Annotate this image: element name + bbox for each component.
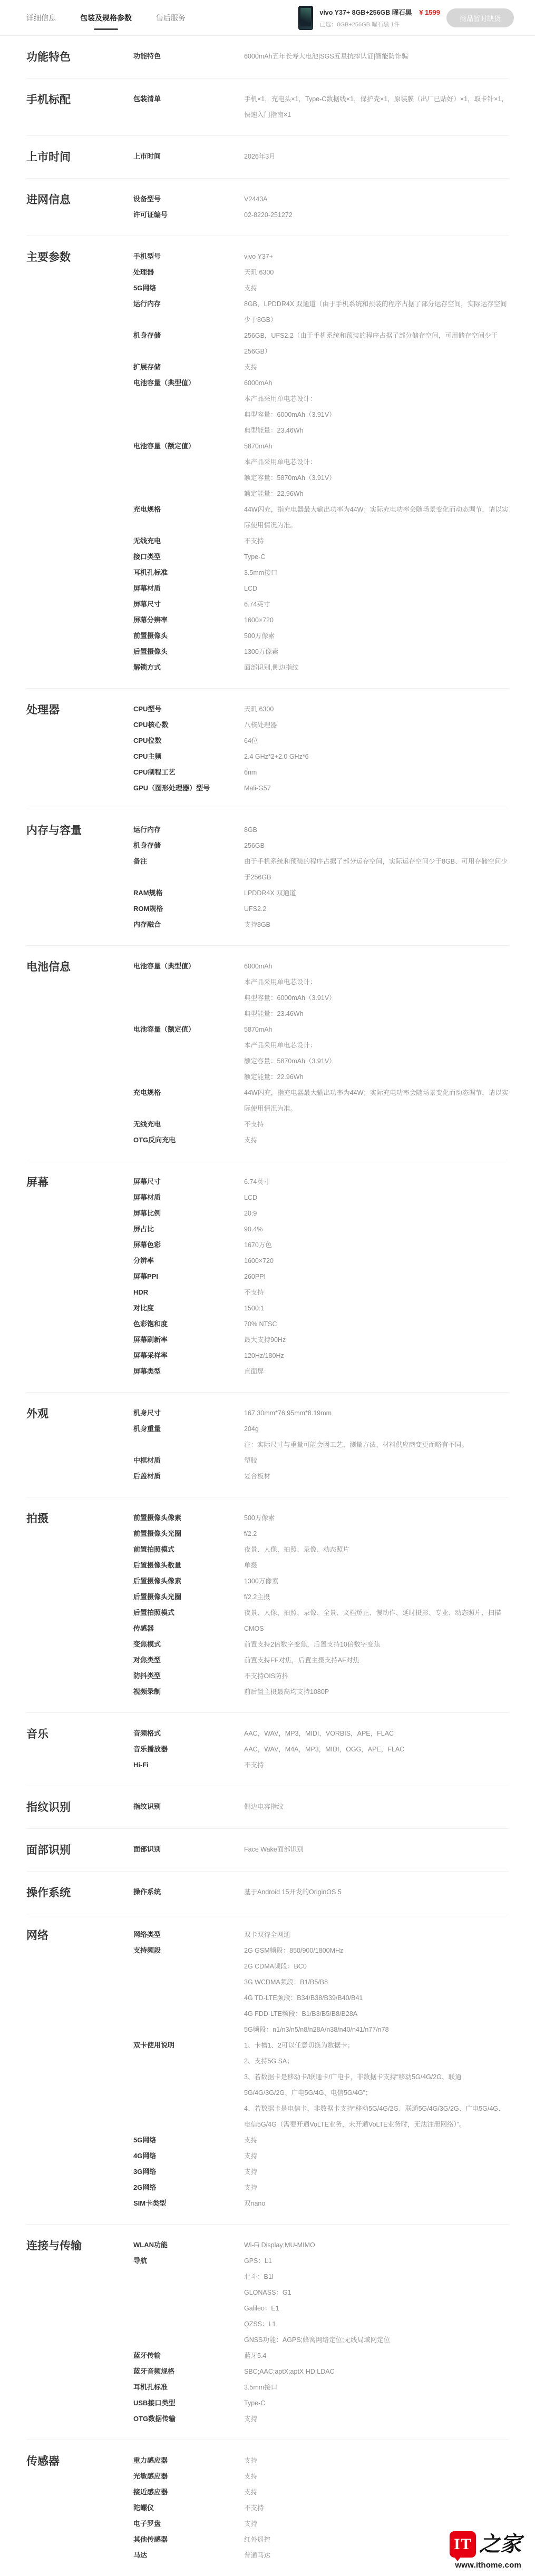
spec-value-line: AAC，WAV，MP3，MIDI，VORBIS，APE，FLAC: [244, 1726, 509, 1741]
spec-value: 02-8220-251272: [244, 207, 509, 223]
spec-value: 支持: [244, 2411, 509, 2427]
spec-value: 复合板材: [244, 1468, 509, 1484]
spec-label: 运行内存: [133, 822, 244, 838]
spec-label: 4G网络: [133, 2148, 244, 2164]
spec-value: 最大支持90Hz: [244, 1332, 509, 1348]
section-rows: 机身尺寸167.30mm*76.95mm*8.19mm机身重量204g注：实际尺…: [133, 1405, 509, 1484]
spec-value-line: 3.5mm接口: [244, 565, 509, 581]
spec-value: UFS2.2: [244, 901, 509, 917]
section-title: 上市时间: [26, 149, 133, 165]
spec-value-line: 5870mAh: [244, 1022, 509, 1037]
spec-label: SIM卡类型: [133, 2196, 244, 2211]
spec-section: 屏幕屏幕尺寸6.74英寸屏幕材质LCD屏幕比例20:9屏占比90.4%屏幕色彩1…: [26, 1161, 509, 1392]
spec-value: 5870mAh本产品采用单电芯设计：额定容量：5870mAh（3.91V）额定能…: [244, 1022, 509, 1085]
spec-value: LCD: [244, 1190, 509, 1206]
spec-value-line: 塑胶: [244, 1453, 509, 1468]
spec-row: 屏幕类型直面屏: [133, 1364, 509, 1379]
spec-value-line: 120Hz/180Hz: [244, 1348, 509, 1364]
spec-value: GPS：L1北斗：B1IGLONASS：G1Galileo：E1QZSS：L1G…: [244, 2253, 509, 2348]
spec-row: 设备型号V2443A: [133, 191, 509, 207]
spec-value: 1300万像素: [244, 644, 509, 660]
spec-value-line: AAC，WAV，M4A，MP3，MIDI，OGG，APE，FLAC: [244, 1741, 509, 1757]
spec-value-line: 额定容量：5870mAh（3.91V）: [244, 1053, 509, 1069]
section-rows: 设备型号V2443A许可证编号02-8220-251272: [133, 191, 509, 223]
spec-value-line: 不支持: [244, 533, 509, 549]
spec-value: LCD: [244, 581, 509, 596]
spec-value: 6000mAh本产品采用单电芯设计：典型容量：6000mAh（3.91V）典型能…: [244, 958, 509, 1022]
spec-section: 传感器重力感应器支持光敏感应器支持接近感应器支持陀螺仪不支持电子罗盘支持其他传感…: [26, 2440, 509, 2576]
spec-label: 传感器: [133, 1621, 244, 1637]
spec-label: 充电规格: [133, 1085, 244, 1116]
spec-label: ROM规格: [133, 901, 244, 917]
spec-value-line: 不支持: [244, 1285, 509, 1300]
spec-value-line: 1300万像素: [244, 1573, 509, 1589]
spec-row: 后盖材质复合板材: [133, 1468, 509, 1484]
spec-value: Wi-Fi Display;MU-MIMO: [244, 2237, 509, 2253]
spec-label: CPU型号: [133, 701, 244, 717]
spec-label: 机身尺寸: [133, 1405, 244, 1421]
spec-row: CPU位数64位: [133, 733, 509, 749]
spec-value: 44W闪充，指充电器最大输出功率为44W；实际充电功率会随场景变化而动态调节，请…: [244, 1085, 509, 1116]
spec-row: 屏幕材质LCD: [133, 1190, 509, 1206]
section-rows: 前置摄像头像素500万像素前置摄像头光圈f/2.2前置拍照模式夜景、人像、拍照、…: [133, 1510, 509, 1700]
section-rows: WLAN功能Wi-Fi Display;MU-MIMO导航GPS：L1北斗：B1…: [133, 2237, 509, 2427]
spec-label: OTG数据传输: [133, 2411, 244, 2427]
spec-label: 前置摄像头像素: [133, 1510, 244, 1526]
spec-row: 机身存储256GB: [133, 838, 509, 854]
spec-value-line: 6nm: [244, 765, 509, 780]
spec-label: 重力感应器: [133, 2453, 244, 2469]
spec-value: 支持: [244, 2180, 509, 2196]
section-title: 外观: [26, 1405, 133, 1484]
spec-value-line: 8GB: [244, 822, 509, 838]
spec-row: 屏幕分辨率1600×720: [133, 612, 509, 628]
spec-label: 蓝牙传输: [133, 2348, 244, 2364]
spec-label: 包装清单: [133, 91, 244, 123]
tab-bar: 详细信息 包装及规格参数 售后服务: [26, 0, 186, 35]
spec-value: 6.74英寸: [244, 596, 509, 612]
spec-row: 音频格式AAC，WAV，MP3，MIDI，VORBIS，APE，FLAC: [133, 1726, 509, 1741]
spec-value: 前置支持2倍数字变焦，后置支持10倍数字变焦: [244, 1637, 509, 1652]
spec-label: 无线充电: [133, 1116, 244, 1132]
spec-label: USB接口类型: [133, 2395, 244, 2411]
spec-value: f/2.2主摄: [244, 1589, 509, 1605]
spec-value-line: 2.4 GHz*2+2.0 GHz*6: [244, 749, 509, 765]
spec-row: 4G网络支持: [133, 2148, 509, 2164]
spec-label: 后置摄像头像素: [133, 1573, 244, 1589]
spec-value-line: 1500:1: [244, 1300, 509, 1316]
spec-value: 2026年3月: [244, 149, 509, 164]
spec-label: 屏幕比例: [133, 1206, 244, 1221]
spec-label: 备注: [133, 854, 244, 885]
spec-label: CPU位数: [133, 733, 244, 749]
section-title: 屏幕: [26, 1174, 133, 1379]
spec-value-line: 4G TD-LTE频段：B34/B38/B39/B40/B41: [244, 1990, 509, 2006]
spec-label: 音频格式: [133, 1726, 244, 1741]
spec-value: 单摄: [244, 1558, 509, 1573]
spec-value: 70% NTSC: [244, 1316, 509, 1332]
section-title: 指纹识别: [26, 1799, 133, 1816]
spec-label: 屏幕刷新率: [133, 1332, 244, 1348]
spec-row: RAM规格LPDDR4X 双通道: [133, 885, 509, 901]
spec-value: 由于手机系统和预装的程序占据了部分运存空间，实际运存空间少于8GB、可用存储空间…: [244, 854, 509, 885]
spec-value: 夜景、人像、拍照、录像、全景、文档矫正、慢动作、延时摄影、专业、动态照片、扫描: [244, 1605, 509, 1621]
spec-value-line: 支持: [244, 280, 509, 296]
spec-section: 拍摄前置摄像头像素500万像素前置摄像头光圈f/2.2前置拍照模式夜景、人像、拍…: [26, 1497, 509, 1712]
spec-section: 网络网络类型双卡双待全网通支持频段2G GSM频段：850/900/1800MH…: [26, 1914, 509, 2224]
spec-value-line: 167.30mm*76.95mm*8.19mm: [244, 1405, 509, 1421]
spec-section: 进网信息设备型号V2443A许可证编号02-8220-251272: [26, 178, 509, 236]
section-rows: 电池容量（典型值）6000mAh本产品采用单电芯设计：典型容量：6000mAh（…: [133, 958, 509, 1148]
spec-label: 电池容量（典型值）: [133, 375, 244, 438]
spec-value-line: f/2.2: [244, 1526, 509, 1542]
section-rows: 面部识别Face Wake面部识别: [133, 1842, 509, 1858]
spec-row: 机身存储256GB，UFS2.2（由于手机系统和预装的程序占据了部分储存空间，可…: [133, 328, 509, 359]
spec-value: 天玑 6300: [244, 265, 509, 280]
spec-row: 接口类型Type-C: [133, 549, 509, 565]
spec-row: 接近感应器支持: [133, 2484, 509, 2500]
spec-value-line: 2G CDMA频段：BC0: [244, 1958, 509, 1974]
spec-row: 屏占比90.4%: [133, 1221, 509, 1237]
spec-value-line: 夜景、人像、拍照、录像、全景、文档矫正、慢动作、延时摄影、专业、动态照片、扫描: [244, 1605, 509, 1621]
spec-row: 处理器天玑 6300: [133, 265, 509, 280]
spec-row: 运行内存8GB: [133, 822, 509, 838]
spec-value-line: SBC;AAC;aptX;aptX HD;LDAC: [244, 2364, 509, 2379]
out-of-stock-button[interactable]: 商品暂时缺货: [446, 8, 514, 27]
spec-row: 耳机孔标准3.5mm接口: [133, 565, 509, 581]
spec-value-line: 双卡双待全网通: [244, 1927, 509, 1943]
spec-row: 音乐播放器AAC，WAV，M4A，MP3，MIDI，OGG，APE，FLAC: [133, 1741, 509, 1757]
spec-label: 机身存储: [133, 328, 244, 359]
tab-after-sales[interactable]: 售后服务: [156, 0, 186, 35]
spec-value-line: 基于Android 15开发的OriginOS 5: [244, 1884, 509, 1900]
tab-package-specs[interactable]: 包装及规格参数: [80, 0, 132, 35]
spec-row: USB接口类型Type-C: [133, 2395, 509, 2411]
spec-row: 色彩饱和度70% NTSC: [133, 1316, 509, 1332]
section-rows: 音频格式AAC，WAV，MP3，MIDI，VORBIS，APE，FLAC音乐播放…: [133, 1726, 509, 1773]
spec-row: 许可证编号02-8220-251272: [133, 207, 509, 223]
spec-value: 不支持: [244, 1757, 509, 1773]
spec-value-line: 前后置主摄最高均支持1080P: [244, 1684, 509, 1700]
spec-row: 前置摄像头光圈f/2.2: [133, 1526, 509, 1542]
spec-label: 对比度: [133, 1300, 244, 1316]
spec-value-line: 支持: [244, 2180, 509, 2196]
spec-value: 256GB: [244, 838, 509, 854]
spec-row: 前置拍照模式夜景、人像、拍照、录像、动态照片: [133, 1542, 509, 1558]
spec-row: 耳机孔标准3.5mm接口: [133, 2379, 509, 2395]
spec-value-line: 6000mAh五年长寿大电池|SGS五星抗摔认证|智能防诈骗: [244, 48, 509, 64]
spec-row: 电子罗盘支持: [133, 2516, 509, 2532]
spec-row: 蓝牙音频规格SBC;AAC;aptX;aptX HD;LDAC: [133, 2364, 509, 2379]
spec-row: 后置摄像头像素1300万像素: [133, 1573, 509, 1589]
spec-row: 光敏感应器支持: [133, 2469, 509, 2484]
spec-value-line: 注：实际尺寸与重量可能会因工艺、测量方法、材料供应商变更而略有不同。: [244, 1437, 509, 1453]
spec-value-line: Type-C: [244, 2395, 509, 2411]
spec-value: 1300万像素: [244, 1573, 509, 1589]
spec-label: RAM规格: [133, 885, 244, 901]
spec-value: 44W闪充，指充电器最大输出功率为44W；实际充电功率会随场景变化而动态调节，请…: [244, 502, 509, 533]
spec-label: 中框材质: [133, 1453, 244, 1468]
spec-value: 5870mAh本产品采用单电芯设计：额定容量：5870mAh（3.91V）额定能…: [244, 438, 509, 502]
spec-value-line: 256GB，UFS2.2（由于手机系统和预装的程序占据了部分储存空间，可用储存空…: [244, 328, 509, 359]
spec-value-line: 6000mAh: [244, 375, 509, 391]
spec-value-line: f/2.2主摄: [244, 1589, 509, 1605]
spec-value-line: 本产品采用单电芯设计：: [244, 391, 509, 407]
spec-row: 对焦类型前置支持FF对焦，后置主摄支持AF对焦: [133, 1652, 509, 1668]
spec-label: 后盖材质: [133, 1468, 244, 1484]
product-title: vivo Y37+ 8GB+256GB 曜石黑: [319, 7, 412, 17]
spec-label: 蓝牙音频规格: [133, 2364, 244, 2379]
spec-label: 色彩饱和度: [133, 1316, 244, 1332]
spec-value: 3.5mm接口: [244, 2379, 509, 2395]
spec-value-line: V2443A: [244, 191, 509, 207]
spec-row: 前置摄像头像素500万像素: [133, 1510, 509, 1526]
spec-row: 充电规格44W闪充，指充电器最大输出功率为44W；实际充电功率会随场景变化而动态…: [133, 1085, 509, 1116]
spec-row: 机身重量204g注：实际尺寸与重量可能会因工艺、测量方法、材料供应商变更而略有不…: [133, 1421, 509, 1453]
spec-value: 蓝牙5.4: [244, 2348, 509, 2364]
spec-value: 3.5mm接口: [244, 565, 509, 581]
spec-value: 90.4%: [244, 1221, 509, 1237]
spec-value: 支持: [244, 2164, 509, 2180]
spec-value-line: LCD: [244, 581, 509, 596]
spec-section: 主要参数手机型号vivo Y37+处理器天玑 63005G网络支持运行内存8GB…: [26, 236, 509, 688]
spec-label: 屏幕分辨率: [133, 612, 244, 628]
spec-row: 中框材质塑胶: [133, 1453, 509, 1468]
spec-value-line: 复合板材: [244, 1468, 509, 1484]
spec-label: 许可证编号: [133, 207, 244, 223]
spec-label: 光敏感应器: [133, 2469, 244, 2484]
spec-value-line: CMOS: [244, 1621, 509, 1637]
spec-label: 耳机孔标准: [133, 565, 244, 581]
spec-label: 屏幕采样率: [133, 1348, 244, 1364]
spec-value: 八核处理器: [244, 717, 509, 733]
spec-row: OTG反向充电支持: [133, 1132, 509, 1148]
spec-section: 手机标配包装清单手机×1，充电头×1，Type-C数据线×1，保护壳×1，原装膜…: [26, 78, 509, 135]
spec-section: 面部识别面部识别Face Wake面部识别: [26, 1828, 509, 1871]
section-rows: 手机型号vivo Y37+处理器天玑 63005G网络支持运行内存8GB，LPD…: [133, 249, 509, 675]
spec-label: 运行内存: [133, 296, 244, 328]
product-summary: vivo Y37+ 8GB+256GB 曜石黑 ¥ 1599 已选：8GB+25…: [298, 0, 514, 36]
spec-value-line: 不支持: [244, 2500, 509, 2516]
spec-label: CPU核心数: [133, 717, 244, 733]
spec-label: HDR: [133, 1285, 244, 1300]
spec-label: CPU制程工艺: [133, 765, 244, 780]
spec-value: AAC，WAV，M4A，MP3，MIDI，OGG，APE，FLAC: [244, 1741, 509, 1757]
spec-value-line: 90.4%: [244, 1221, 509, 1237]
spec-row: 电池容量（额定值）5870mAh本产品采用单电芯设计：额定容量：5870mAh（…: [133, 438, 509, 502]
spec-row: 后置拍照模式夜景、人像、拍照、录像、全景、文档矫正、慢动作、延时摄影、专业、动态…: [133, 1605, 509, 1621]
spec-value-line: 双nano: [244, 2196, 509, 2211]
spec-row: 5G网络支持: [133, 2132, 509, 2148]
spec-row: 解锁方式面部识别,侧边指纹: [133, 660, 509, 675]
spec-row: 操作系统基于Android 15开发的OriginOS 5: [133, 1884, 509, 1900]
spec-value-line: 3G WCDMA频段：B1/B5/B8: [244, 1974, 509, 1990]
spec-value-line: 260PPI: [244, 1269, 509, 1285]
spec-value-line: 70% NTSC: [244, 1316, 509, 1332]
spec-value: 6.74英寸: [244, 1174, 509, 1190]
spec-label: 对焦类型: [133, 1652, 244, 1668]
spec-value-line: 支持: [244, 2132, 509, 2148]
section-title: 操作系统: [26, 1884, 133, 1901]
spec-label: 后置摄像头数量: [133, 1558, 244, 1573]
spec-row: 后置摄像头1300万像素: [133, 644, 509, 660]
spec-value-line: 1600×720: [244, 612, 509, 628]
spec-value-line: GPS：L1: [244, 2253, 509, 2269]
spec-value: Type-C: [244, 549, 509, 565]
spec-row: 防抖类型不支持OIS防抖: [133, 1668, 509, 1684]
spec-row: 电池容量（典型值）6000mAh本产品采用单电芯设计：典型容量：6000mAh（…: [133, 958, 509, 1022]
spec-row: 后置摄像头数量单摄: [133, 1558, 509, 1573]
spec-value-line: 手机×1，充电头×1，Type-C数据线×1，保护壳×1，原装膜（出厂已贴好）×…: [244, 91, 509, 123]
spec-value-line: GLONASS：G1: [244, 2285, 509, 2300]
spec-value: 不支持: [244, 1116, 509, 1132]
spec-row: 包装清单手机×1，充电头×1，Type-C数据线×1，保护壳×1，原装膜（出厂已…: [133, 91, 509, 123]
spec-label: 屏幕类型: [133, 1364, 244, 1379]
spec-section: 操作系统操作系统基于Android 15开发的OriginOS 5: [26, 1871, 509, 1914]
section-title: 面部识别: [26, 1842, 133, 1858]
section-title: 音乐: [26, 1726, 133, 1773]
section-rows: 上市时间2026年3月: [133, 149, 509, 165]
spec-value: 直面屏: [244, 1364, 509, 1379]
spec-value: 260PPI: [244, 1269, 509, 1285]
spec-label: 面部识别: [133, 1842, 244, 1857]
spec-value-line: 最大支持90Hz: [244, 1332, 509, 1348]
spec-label: 电池容量（额定值）: [133, 1022, 244, 1085]
spec-value-line: 支持: [244, 1132, 509, 1148]
spec-value: 8GB: [244, 822, 509, 838]
spec-value: 基于Android 15开发的OriginOS 5: [244, 1884, 509, 1900]
spec-label: 音乐播放器: [133, 1741, 244, 1757]
tab-detail-info[interactable]: 详细信息: [26, 0, 56, 35]
spec-value-line: 6000mAh: [244, 958, 509, 974]
spec-row: 屏幕采样率120Hz/180Hz: [133, 1348, 509, 1364]
spec-label: 屏幕色彩: [133, 1237, 244, 1253]
spec-row: GPU（图形处理器）型号Mali-G57: [133, 780, 509, 796]
spec-value-line: 6.74英寸: [244, 1174, 509, 1190]
spec-value-line: LCD: [244, 1190, 509, 1206]
spec-row: 机身尺寸167.30mm*76.95mm*8.19mm: [133, 1405, 509, 1421]
spec-label: 无线充电: [133, 533, 244, 549]
spec-value: 支持8GB: [244, 917, 509, 933]
spec-row: 屏幕尺寸6.74英寸: [133, 596, 509, 612]
spec-row: 备注由于手机系统和预装的程序占据了部分运存空间，实际运存空间少于8GB、可用存储…: [133, 854, 509, 885]
spec-value-line: 本产品采用单电芯设计：: [244, 1037, 509, 1053]
spec-row: 屏幕材质LCD: [133, 581, 509, 596]
spec-row: 功能特色6000mAh五年长寿大电池|SGS五星抗摔认证|智能防诈骗: [133, 48, 509, 64]
spec-value: 1500:1: [244, 1300, 509, 1316]
spec-value-line: 支持: [244, 2453, 509, 2469]
spec-value: 256GB，UFS2.2（由于手机系统和预装的程序占据了部分储存空间，可用储存空…: [244, 328, 509, 359]
spec-label: 手机型号: [133, 249, 244, 265]
spec-label: 2G网络: [133, 2180, 244, 2196]
spec-row: CPU主频2.4 GHz*2+2.0 GHz*6: [133, 749, 509, 765]
spec-value-line: 面部识别,侧边指纹: [244, 660, 509, 675]
spec-label: GPU（图形处理器）型号: [133, 780, 244, 796]
section-rows: 操作系统基于Android 15开发的OriginOS 5: [133, 1884, 509, 1901]
spec-row: 手机型号vivo Y37+: [133, 249, 509, 265]
spec-value-line: 侧边电容指纹: [244, 1799, 509, 1815]
section-title: 网络: [26, 1927, 133, 2211]
spec-label: 马达: [133, 2548, 244, 2563]
spec-row: 充电规格44W闪充，指充电器最大输出功率为44W；实际充电功率会随场景变化而动态…: [133, 502, 509, 533]
section-title: 主要参数: [26, 249, 133, 675]
section-rows: 指纹识别侧边电容指纹: [133, 1799, 509, 1816]
section-rows: 运行内存8GB机身存储256GB备注由于手机系统和预装的程序占据了部分运存空间，…: [133, 822, 509, 933]
spec-row: 面部识别Face Wake面部识别: [133, 1842, 509, 1857]
spec-label: 充电规格: [133, 502, 244, 533]
spec-value: SBC;AAC;aptX;aptX HD;LDAC: [244, 2364, 509, 2379]
spec-label: 前置摄像头: [133, 628, 244, 644]
spec-label: 5G网络: [133, 280, 244, 296]
spec-label: 内存融合: [133, 917, 244, 933]
spec-value-line: 额定能量：22.96Wh: [244, 486, 509, 502]
spec-row: 导航GPS：L1北斗：B1IGLONASS：G1Galileo：E1QZSS：L…: [133, 2253, 509, 2348]
spec-value: 6000mAh五年长寿大电池|SGS五星抗摔认证|智能防诈骗: [244, 48, 509, 64]
spec-label: 网络类型: [133, 1927, 244, 1943]
spec-label: 后置摄像头光圈: [133, 1589, 244, 1605]
spec-section: 音乐音频格式AAC，WAV，MP3，MIDI，VORBIS，APE，FLAC音乐…: [26, 1712, 509, 1786]
section-title: 拍摄: [26, 1510, 133, 1700]
spec-label: 机身存储: [133, 838, 244, 854]
section-rows: 屏幕尺寸6.74英寸屏幕材质LCD屏幕比例20:9屏占比90.4%屏幕色彩167…: [133, 1174, 509, 1379]
spec-row: 运行内存8GB，LPDDR4X 双通道（由于手机系统和预装的程序占据了部分运存空…: [133, 296, 509, 328]
spec-row: 3G网络支持: [133, 2164, 509, 2180]
spec-value: 不支持: [244, 533, 509, 549]
spec-value-line: 2G GSM频段：850/900/1800MHz: [244, 1943, 509, 1958]
spec-label: 支持频段: [133, 1943, 244, 2038]
spec-label: 电池容量（典型值）: [133, 958, 244, 1022]
spec-row: 变焦模式前置支持2倍数字变焦，后置支持10倍数字变焦: [133, 1637, 509, 1652]
spec-value-line: 1670万色: [244, 1237, 509, 1253]
spec-value-line: QZSS：L1: [244, 2316, 509, 2332]
spec-label: CPU主频: [133, 749, 244, 765]
section-title: 传感器: [26, 2453, 133, 2563]
spec-value-line: 支持: [244, 2164, 509, 2180]
spec-row: 内存融合支持8GB: [133, 917, 509, 933]
spec-label: 屏幕材质: [133, 1190, 244, 1206]
spec-value-line: 支持: [244, 2484, 509, 2500]
spec-value-line: 支持: [244, 2148, 509, 2164]
spec-label: 上市时间: [133, 149, 244, 164]
product-selected-config: 已选：8GB+256GB 曜石黑 1件: [319, 20, 440, 28]
spec-value-line: 500万像素: [244, 1510, 509, 1526]
spec-value-line: 本产品采用单电芯设计：: [244, 974, 509, 990]
spec-value-line: 单摄: [244, 1558, 509, 1573]
spec-label: 扩展存储: [133, 359, 244, 375]
spec-row: 网络类型双卡双待全网通: [133, 1927, 509, 1943]
spec-value: AAC，WAV，MP3，MIDI，VORBIS，APE，FLAC: [244, 1726, 509, 1741]
spec-value-line: LPDDR4X 双通道: [244, 885, 509, 901]
spec-value-line: 不支持: [244, 1116, 509, 1132]
ithome-logo-it-text: IT: [454, 2535, 472, 2553]
section-rows: 网络类型双卡双待全网通支持频段2G GSM频段：850/900/1800MHz2…: [133, 1927, 509, 2211]
spec-value-line: 4G FDD-LTE频段：B1/B3/B5/B8/B28A: [244, 2006, 509, 2022]
spec-value: 不支持OIS防抖: [244, 1668, 509, 1684]
spec-row: HDR不支持: [133, 1285, 509, 1300]
spec-value-line: 夜景、人像、拍照、录像、动态照片: [244, 1542, 509, 1558]
spec-value-line: 1、卡槽1、2可以任意切换为数据卡；: [244, 2038, 509, 2053]
spec-value: Face Wake面部识别: [244, 1842, 509, 1857]
spec-row: 传感器CMOS: [133, 1621, 509, 1637]
spec-value: 支持: [244, 359, 509, 375]
spec-label: 后置摄像头: [133, 644, 244, 660]
section-title: 处理器: [26, 701, 133, 796]
spec-value: 1600×720: [244, 1253, 509, 1269]
spec-value-line: 直面屏: [244, 1364, 509, 1379]
spec-label: 双卡使用说明: [133, 2038, 244, 2132]
spec-row: 电池容量（典型值）6000mAh本产品采用单电芯设计：典型容量：6000mAh（…: [133, 375, 509, 438]
spec-value: 6000mAh本产品采用单电芯设计：典型容量：6000mAh（3.91V）典型能…: [244, 375, 509, 438]
